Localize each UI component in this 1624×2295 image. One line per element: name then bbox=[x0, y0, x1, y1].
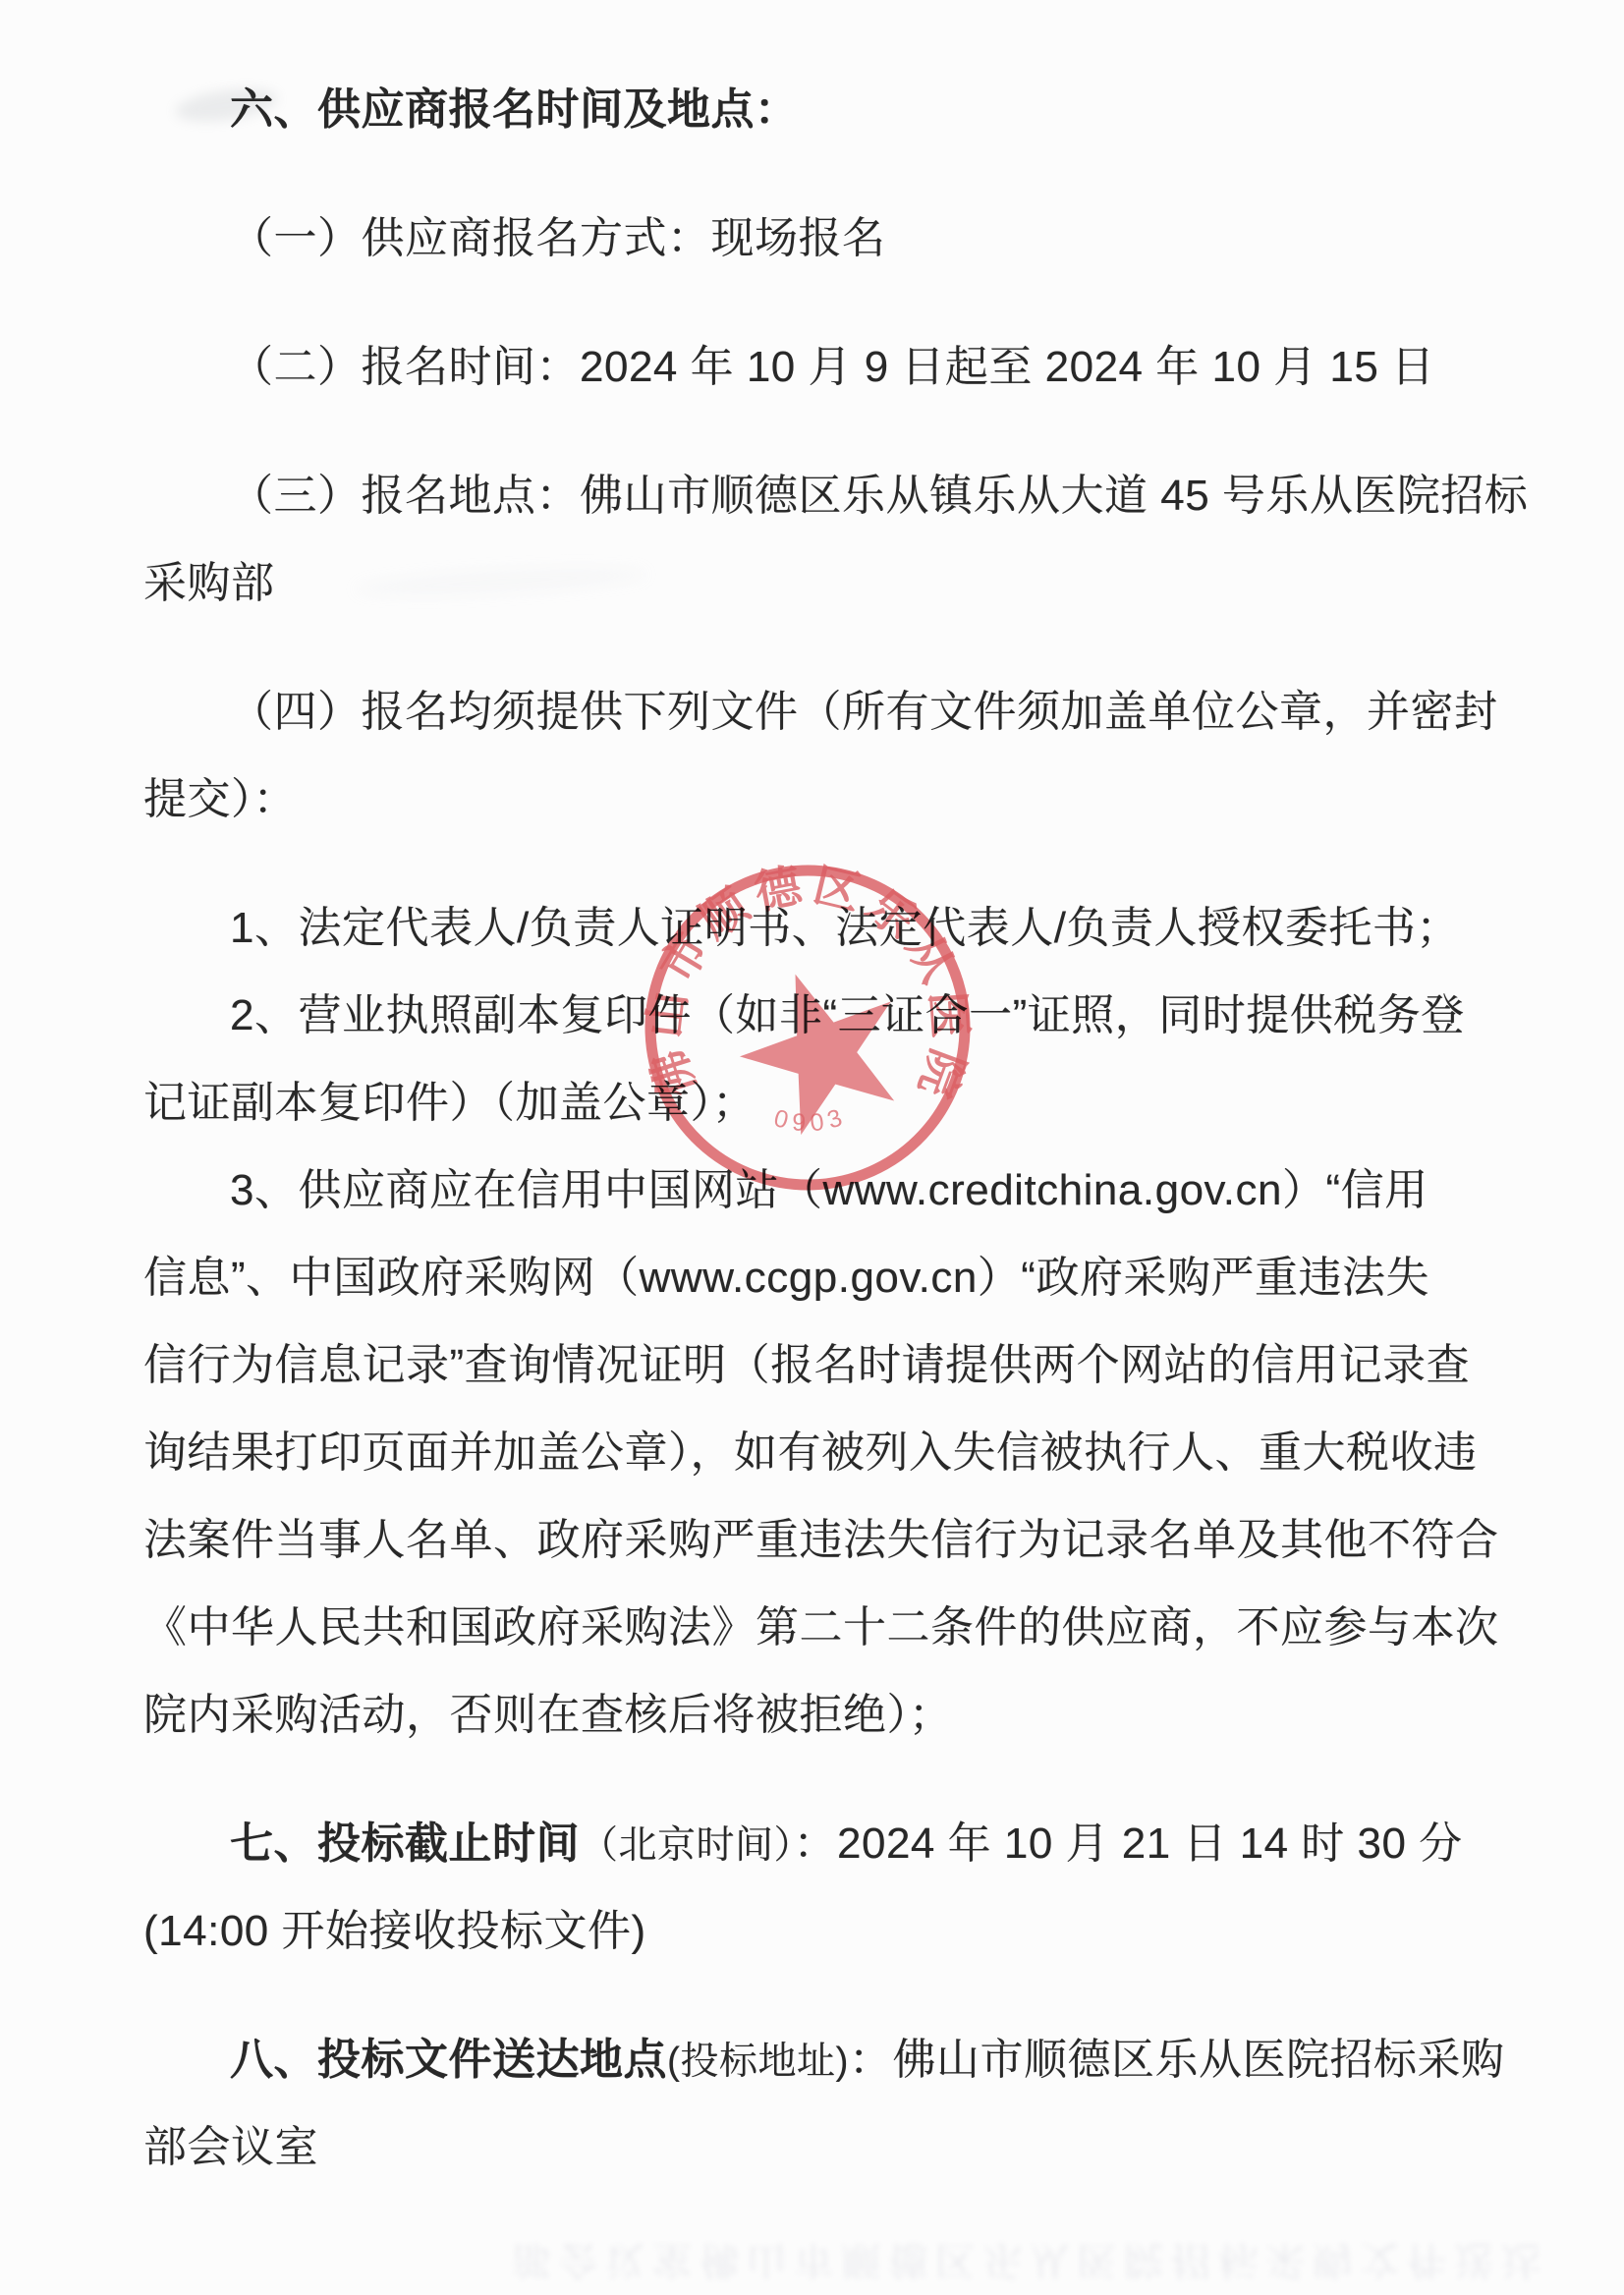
doc-list-item-3-line5: 法案件当事人名单、政府采购严重违法失信行为记录名单及其他不符合 bbox=[143, 1497, 1504, 1585]
item-3-registration-place: （三）报名地点：佛山市顺德区乐从镇乐从大道 45 号乐从医院招标 bbox=[143, 453, 1504, 540]
official-seal: 佛山市顺德区乐从医院 609031 bbox=[564, 784, 1051, 1271]
section-8-continuation: 部会议室 bbox=[143, 2104, 1504, 2192]
item-1-registration-method: （一）供应商报名方式：现场报名 bbox=[143, 196, 1504, 283]
section-7-continuation: (14:00 开始接收投标文件) bbox=[143, 1888, 1504, 1976]
doc-list-item-3-line4: 询结果打印页面并加盖公章），如有被列入失信被执行人、重大税收违 bbox=[143, 1410, 1504, 1497]
doc-list-item-3-line7: 院内采购活动，否则在查核后将被拒绝）； bbox=[143, 1672, 1504, 1760]
doc-list-item-3-line6: 《中华人民共和国政府采购法》第二十二条件的供应商，不应参与本次 bbox=[143, 1585, 1504, 1672]
item-3-continuation: 采购部 bbox=[143, 540, 1504, 628]
scanned-document-page: 六、供应商报名时间及地点： （一）供应商报名方式：现场报名 （二）报名时间：20… bbox=[0, 0, 1624, 2295]
section-heading-8-delivery-address: 八、投标文件送达地点(投标地址)：佛山市顺德区乐从医院招标采购 bbox=[143, 2017, 1504, 2104]
doc-list-item-3-line3: 信行为信息记录”查询情况证明（报名时请提供两个网站的信用记录查 bbox=[143, 1322, 1504, 1410]
item-2-registration-time: （二）报名时间：2024 年 10 月 9 日起至 2024 年 10 月 15… bbox=[143, 324, 1504, 412]
section-heading-6: 六、供应商报名时间及地点： bbox=[143, 67, 1504, 154]
item-4-required-documents: （四）报名均须提供下列文件（所有文件须加盖单位公章，并密封 bbox=[143, 669, 1504, 756]
section-heading-7-bid-deadline: 七、投标截止时间（北京时间）：2024 年 10 月 21 日 14 时 30 … bbox=[143, 1801, 1504, 1888]
bleedthrough-text: 部会议室佛山市顺德区乐从医院招标采购文件送达 bbox=[511, 2242, 1621, 2291]
